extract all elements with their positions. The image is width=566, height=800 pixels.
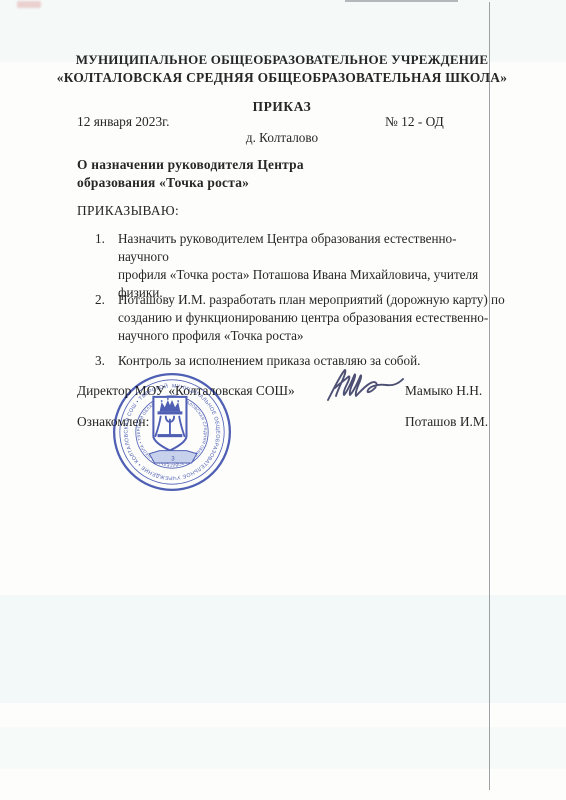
scan-tint-band	[0, 727, 566, 769]
order-item-number: 2.	[95, 291, 105, 309]
document-number: № 12 - ОД	[385, 114, 444, 130]
organization-name-line2: «КОЛТАЛОВСКАЯ СРЕДНЯЯ ОБЩЕОБРАЗОВАТЕЛЬНА…	[22, 69, 542, 87]
order-keyword: ПРИКАЗЫВАЮ:	[77, 203, 179, 219]
order-item-2: 2. Поташову И.М. разработать план меропр…	[95, 291, 507, 345]
order-item-text: Поташову И.М. разработать план мероприят…	[118, 291, 507, 345]
document-subject: О назначении руководителя Центра образов…	[77, 156, 304, 192]
order-item-3: 3. Контроль за исполнением приказа остав…	[95, 352, 507, 370]
organization-name: МУНИЦИПАЛЬНОЕ ОБЩЕОБРАЗОВАТЕЛЬНОЕ УЧРЕЖД…	[22, 51, 542, 86]
document-date: 12 января 2023г.	[77, 114, 169, 130]
document-place: д. Колталово	[22, 130, 542, 146]
signature-stroke	[328, 370, 403, 400]
order-item-number: 3.	[95, 352, 105, 370]
stamp-throne-top	[158, 411, 183, 414]
scan-edge-artifact	[345, 0, 458, 2]
official-round-stamp: МУНИЦИПАЛЬНОЕ ОБЩЕОБРАЗОВАТЕЛЬНОЕ УЧРЕЖД…	[110, 370, 234, 494]
stamp-throne-base	[158, 434, 183, 437]
stamp-crown-dot	[177, 400, 179, 402]
scan-smudge	[17, 1, 41, 8]
document-type-title: ПРИКАЗ	[22, 99, 542, 115]
handwritten-signature	[320, 364, 408, 406]
stamp-crown-dot	[167, 398, 169, 400]
scan-fold-line	[489, 2, 490, 790]
stamp-crown-dot	[161, 400, 163, 402]
order-item-text: Контроль за исполнением приказа оставляю…	[118, 352, 507, 370]
order-item-number: 1.	[95, 230, 105, 248]
organization-name-line1: МУНИЦИПАЛЬНОЕ ОБЩЕОБРАЗОВАТЕЛЬНОЕ УЧРЕЖД…	[22, 51, 542, 69]
scanned-order-document: МУНИЦИПАЛЬНОЕ ОБЩЕОБРАЗОВАТЕЛЬНОЕ УЧРЕЖД…	[0, 0, 566, 800]
stamp-banner-digit: 3	[171, 455, 175, 462]
scan-tint-band	[0, 595, 566, 703]
acknowledged-name: Поташов И.М.	[405, 414, 488, 430]
director-name: Мамыко Н.Н.	[405, 383, 482, 399]
